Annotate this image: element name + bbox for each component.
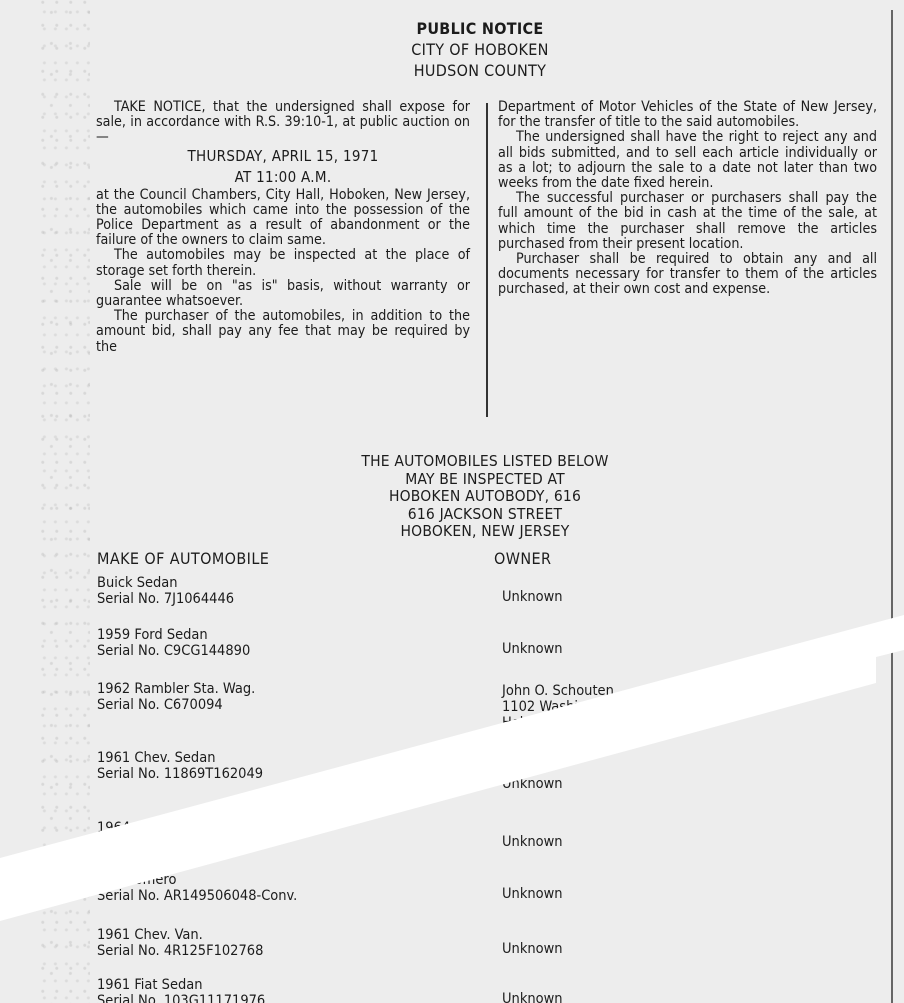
automobile-row: 1964 Olds. SSeriUnknown	[97, 820, 877, 852]
newspaper-clipping: PUBLIC NOTICE CITY OF HOBOKEN HUDSON COU…	[0, 0, 904, 1003]
owner-column-header: OWNER	[494, 549, 551, 568]
automobile-make: 1959 Ford Sedan	[97, 627, 877, 643]
automobile-make: Buick Sedan	[97, 575, 877, 591]
automobile-serial: Serial No. C9CG144890	[97, 643, 877, 659]
as-is-paragraph: Sale will be on "as is" basis, without w…	[96, 279, 470, 309]
automobile-make: 1964 Olds. S	[97, 820, 877, 836]
auction-date: THURSDAY, APRIL 15, 1971	[96, 146, 470, 167]
automobile-serial: Serial No. 103G11171976	[97, 993, 877, 1003]
automobile-owner: Unknown	[502, 941, 563, 957]
fee-paragraph-start: The purchaser of the automobiles, in add…	[96, 309, 470, 355]
automobile-row: 1961 Fiat SedanSerial No. 103G11171976Un…	[97, 977, 877, 1003]
inspection-line: HOBOKEN AUTOBODY, 616	[270, 488, 700, 506]
location-paragraph: at the Council Chambers, City Hall, Hobo…	[96, 188, 470, 249]
rights-paragraph: The undersigned shall have the right to …	[498, 130, 877, 191]
automobile-owner: Unknown	[502, 776, 563, 792]
automobile-serial: Serial No. 7J1064446	[97, 591, 877, 607]
automobile-make: 1961 Chev. Van.	[97, 927, 877, 943]
automobile-make: 1961 Fiat Sedan	[97, 977, 877, 993]
automobile-row: Alfa RomeroSerial No. AR149506048-Conv.U…	[97, 872, 877, 904]
automobile-serial: Serial No. 11869T162049	[97, 766, 877, 782]
automobile-row: 1961 Chev. Van.Serial No. 4R125F102768Un…	[97, 927, 877, 959]
notice-header: PUBLIC NOTICE CITY OF HOBOKEN HUDSON COU…	[280, 18, 680, 81]
payment-paragraph: The successful purchaser or purchasers s…	[498, 191, 877, 252]
notice-title: PUBLIC NOTICE	[280, 18, 680, 39]
automobile-make: 1962 Rambler Sta. Wag.	[97, 681, 877, 697]
automobile-serial: Serial No. C670094	[97, 697, 877, 713]
right-column: Department of Motor Vehicles of the Stat…	[498, 100, 877, 298]
notice-county: HUDSON COUNTY	[280, 60, 680, 81]
automobile-row: 1959 Ford SedanSerial No. C9CG144890Unkn…	[97, 627, 877, 659]
automobile-serial: Serial No. AR149506048-Conv.	[97, 888, 877, 904]
notice-city: CITY OF HOBOKEN	[280, 39, 680, 60]
inspection-line: MAY BE INSPECTED AT	[270, 471, 700, 489]
inspection-line: HOBOKEN, NEW JERSEY	[270, 523, 700, 541]
automobile-row: Buick SedanSerial No. 7J1064446Unknown	[97, 575, 877, 607]
automobile-row: 1961 Chev. SedanSerial No. 11869T162049U…	[97, 750, 877, 782]
column-rule-right	[891, 10, 893, 1003]
make-column-header: MAKE OF AUTOMOBILE	[97, 549, 269, 568]
automobile-owner: John O. Schouten1102 WashingtHobok	[502, 683, 614, 731]
inspection-location-block: THE AUTOMOBILES LISTED BELOW MAY BE INSP…	[270, 453, 700, 541]
documents-paragraph: Purchaser shall be required to obtain an…	[498, 252, 877, 298]
automobile-owner: Unknown	[502, 991, 563, 1003]
scan-margin-speckle	[40, 0, 90, 1003]
automobile-make: 1961 Chev. Sedan	[97, 750, 877, 766]
automobile-owner: Unknown	[502, 589, 563, 605]
fee-paragraph-end: Department of Motor Vehicles of the Stat…	[498, 100, 877, 130]
left-column: TAKE NOTICE, that the undersigned shall …	[96, 100, 470, 355]
inspection-paragraph: The automobiles may be inspected at the …	[96, 248, 470, 278]
automobile-row: 1962 Rambler Sta. Wag.Serial No. C670094…	[97, 681, 877, 713]
automobile-owner: Unknown	[502, 641, 563, 657]
intro-paragraph: TAKE NOTICE, that the undersigned shall …	[96, 100, 470, 146]
auction-time: AT 11:00 A.M.	[96, 167, 470, 188]
automobile-make: Alfa Romero	[97, 872, 877, 888]
inspection-line: 616 JACKSON STREET	[270, 506, 700, 524]
inspection-line: THE AUTOMOBILES LISTED BELOW	[270, 453, 700, 471]
automobile-serial: Seri	[97, 836, 877, 852]
column-divider	[486, 103, 488, 417]
automobile-owner: Unknown	[502, 886, 563, 902]
automobile-serial: Serial No. 4R125F102768	[97, 943, 877, 959]
automobile-owner: Unknown	[502, 834, 563, 850]
